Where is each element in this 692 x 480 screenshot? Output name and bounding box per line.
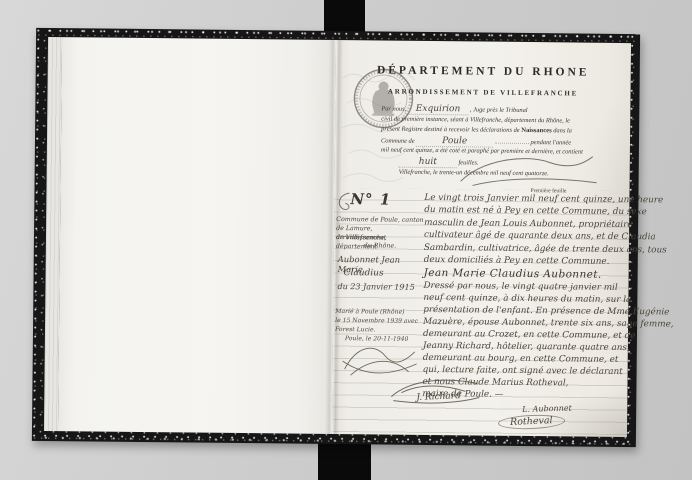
register-book: DÉPARTEMENT DU RHONE ARRONDISSEMENT DE V… bbox=[32, 28, 640, 447]
naissances-label: Naissances bbox=[521, 127, 551, 134]
entry-body-line: Dressé par nous, le vingt quatre janvier… bbox=[423, 281, 623, 293]
handwritten-judge-name: Exquirion bbox=[408, 104, 469, 116]
form-text: Commune de bbox=[381, 137, 415, 144]
signature-richard: J. Richard bbox=[416, 391, 461, 403]
entry-body-line: présentation de l'enfant. En présence de… bbox=[423, 305, 623, 317]
open-pages: DÉPARTEMENT DU RHONE ARRONDISSEMENT DE V… bbox=[44, 37, 631, 437]
entry-number: N° 1 bbox=[350, 190, 391, 208]
entry-body-line: demeurant au Crozet, en cette Commune, e… bbox=[423, 329, 623, 341]
form-text: , Juge près le Tribunal bbox=[470, 106, 528, 114]
entry-body-line: du matin est né à Pey en cette Commune, … bbox=[424, 205, 624, 217]
form-text: Par nous, bbox=[381, 105, 406, 112]
entry-body-line: Mazuère, épouse Aubonnet, trente six ans… bbox=[423, 317, 623, 329]
entry-child-name-line: Jean Marie Claudius Aubonnet. bbox=[424, 267, 624, 281]
blank-rule bbox=[495, 142, 529, 143]
margin-birth-date: du 23 Janvier 1915 bbox=[337, 282, 423, 292]
entry-body-line: neuf cent quinze, à dix heures du matin,… bbox=[423, 293, 623, 305]
entry-body-line: cultivateur âgé de quarante deux ans, et… bbox=[424, 230, 624, 242]
judge-signature-flourish-icon bbox=[452, 151, 604, 195]
form-text: pendant l'année bbox=[530, 139, 571, 146]
entry-body-line: Le vingt trois Janvier mil neuf cent qui… bbox=[424, 193, 624, 205]
book-strap-bottom bbox=[318, 441, 371, 480]
form-text: présent Registre destiné à recevoir les … bbox=[381, 126, 520, 134]
handwritten-sheet-count: huit bbox=[399, 157, 457, 169]
entry-body-line: masculin de Jean Louis Aubonnet, proprié… bbox=[424, 218, 624, 230]
signature-aubonnet: L. Aubonnet bbox=[522, 404, 572, 414]
margin-commune-line: du Rhône. bbox=[336, 242, 424, 252]
entry-body-line: Sambardin, cultivatrice, âgée de trente … bbox=[424, 243, 624, 255]
form-text: dans la bbox=[553, 127, 572, 134]
margin-child-name: Claudius bbox=[338, 268, 430, 279]
entry-body-line: deux domiciliés à Pey en cette Commune. bbox=[424, 255, 624, 267]
left-blank-page bbox=[58, 37, 336, 434]
register-first-sheet-page: DÉPARTEMENT DU RHONE ARRONDISSEMENT DE V… bbox=[332, 40, 631, 437]
entry-body-line: demeurant au bourg, en cette Commune, et bbox=[423, 353, 623, 365]
entry-body-line: Jeanny Richard, hôtelier, quarante quatr… bbox=[423, 341, 623, 353]
